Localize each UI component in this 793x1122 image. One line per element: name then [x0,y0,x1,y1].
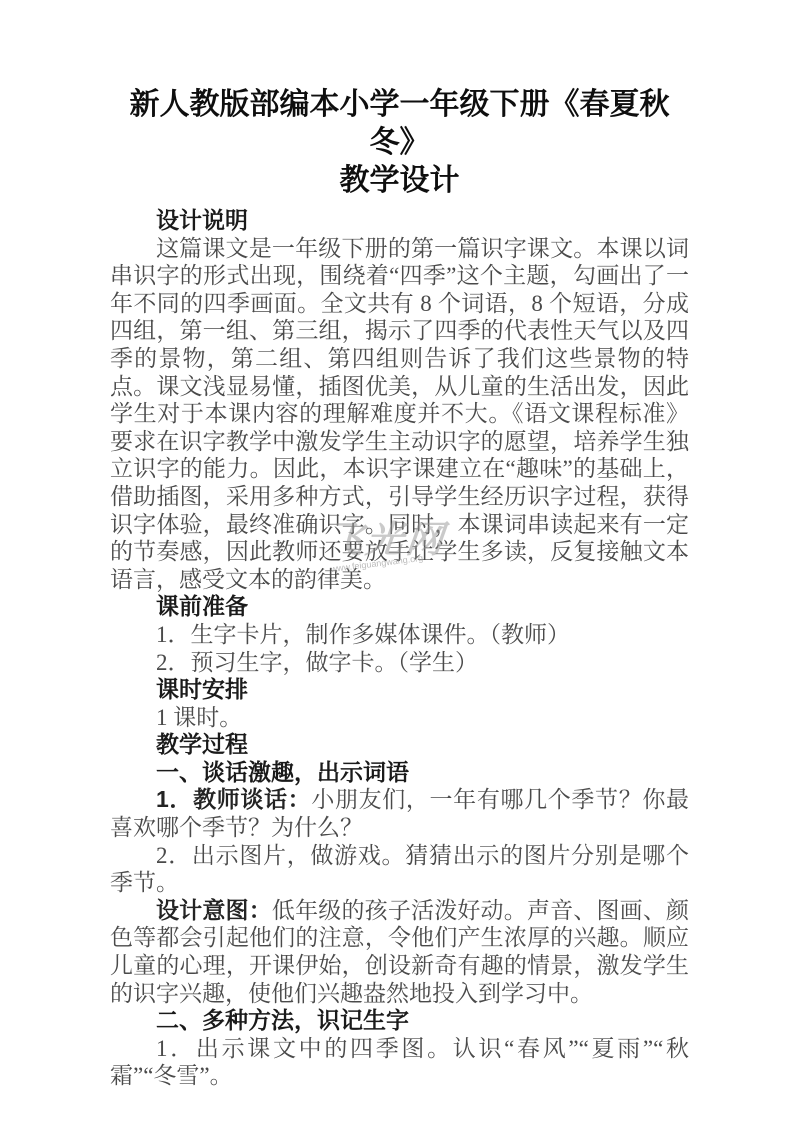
paragraph-design-note: 这篇课文是一年级下册的第一篇识字课文。本课以词串识字的形式出现，围绕着“四季”这… [110,235,689,594]
section-heading-design-note: 设计说明 [110,207,689,235]
document-title-line2: 教学设计 [340,164,460,197]
paragraph-teacher-talk: 1．教师谈话：小朋友们，一年有哪几个季节？你最喜欢哪个季节？为什么？ [110,786,689,841]
paragraph-design-intent-lead: 设计意图： [156,897,272,923]
section-heading-process: 教学过程 [110,731,689,759]
paragraph-design-intent: 设计意图：低年级的孩子活泼好动。声音、图画、颜色等都会引起他们的注意，令他们产生… [110,897,689,1007]
paragraph-four-seasons: 1．出示课文中的四季图。认识“春风”“夏雨”“秋霜”“冬雪”。 [110,1035,689,1090]
subsection-heading-step1: 一、谈话激趣，出示词语 [110,759,689,787]
document-page: 新人教版部编本小学一年级下册《春夏秋冬》 教学设计 设计说明 这篇课文是一年级下… [0,0,793,1122]
document-title-line1: 新人教版部编本小学一年级下册《春夏秋冬》 [130,88,670,159]
section-heading-prep: 课前准备 [110,593,689,621]
list-item-prep-1: 1．生字卡片，制作多媒体课件。（教师） [110,621,689,649]
list-item-prep-2: 2．预习生字，做字卡。（学生） [110,649,689,677]
document-content: 新人教版部编本小学一年级下册《春夏秋冬》 教学设计 设计说明 这篇课文是一年级下… [110,86,689,1090]
paragraph-schedule: 1 课时。 [110,704,689,732]
document-title: 新人教版部编本小学一年级下册《春夏秋冬》 教学设计 [110,86,689,200]
section-heading-schedule: 课时安排 [110,676,689,704]
paragraph-show-pictures: 2．出示图片，做游戏。猜猜出示的图片分别是哪个季节。 [110,842,689,897]
subsection-heading-step2: 二、多种方法，识记生字 [110,1007,689,1035]
paragraph-teacher-talk-lead: 1．教师谈话： [156,786,311,812]
